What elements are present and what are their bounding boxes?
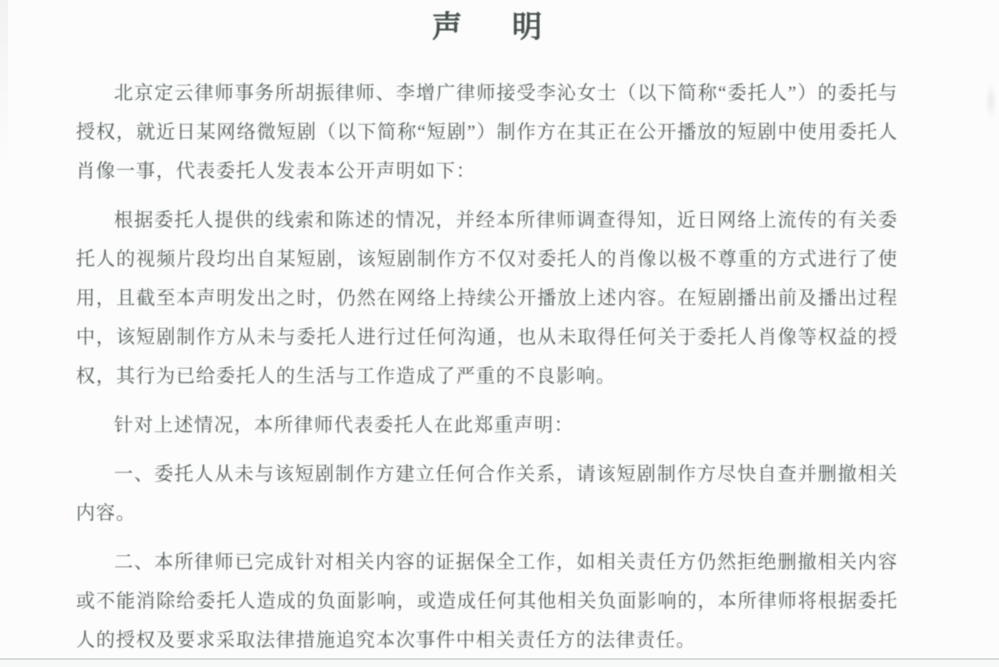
paragraph-introduction: 北京定云律师事务所胡振律师、李增广律师接受李沁女士（以下简称“委托人”）的委托与…	[76, 74, 898, 191]
photo-smudge	[985, 82, 997, 120]
paragraph-item-one: 一、委托人从未与该短剧制作方建立任何合作关系，请该短剧制作方尽快自查并删撤相关内…	[76, 455, 898, 533]
paragraph-facts: 根据委托人提供的线索和陈述的情况，并经本所律师调查得知，近日网络上流传的有关委托…	[76, 201, 898, 396]
statement-body: 声 明 北京定云律师事务所胡振律师、李增广律师接受李沁女士（以下简称“委托人”）…	[76, 0, 898, 667]
paragraph-declaration-lead: 针对上述情况，本所律师代表委托人在此郑重声明：	[76, 406, 898, 445]
document-title: 声 明	[76, 6, 898, 50]
below-page-area	[0, 660, 999, 667]
paragraph-item-two: 二、本所律师已完成针对相关内容的证据保全工作，如相关责任方仍然拒绝删撤相关内容或…	[76, 543, 898, 660]
photo-edge-shade	[0, 0, 8, 170]
statement-document-page: 声 明 北京定云律师事务所胡振律师、李增广律师接受李沁女士（以下简称“委托人”）…	[0, 0, 999, 667]
